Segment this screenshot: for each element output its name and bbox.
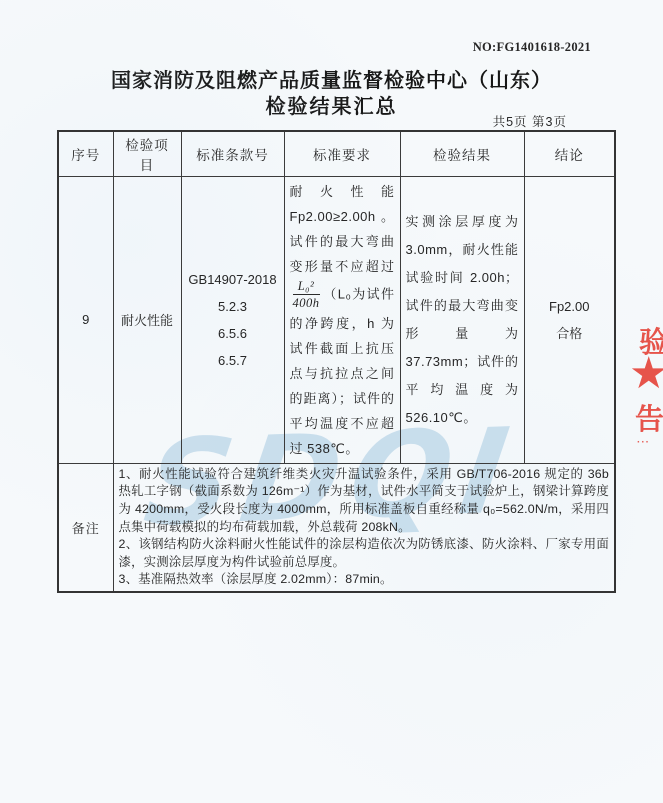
remark-1: 1、耐火性能试验符合建筑纤维类火灾升温试验条件，采用 GB/T706-2016 … — [119, 466, 610, 536]
requirement-text-after-formula: （L₀为试件的净跨度，h 为试件截面上抗压点与抗拉点之间的距离）；试件的平均温度… — [290, 286, 395, 455]
clause-3: 6.5.7 — [187, 347, 279, 374]
clause-1: 5.2.3 — [187, 293, 279, 320]
deflection-limit-formula: L₀²400h — [293, 279, 320, 311]
cell-conclusion: Fp2.00 合格 — [524, 177, 615, 464]
table-header-row: 序号 检验项目 标准条款号 标准要求 检验结果 结论 — [58, 131, 615, 177]
remark-3: 3、基准隔热效率（涂层厚度 2.02mm）：87min。 — [119, 571, 610, 589]
remarks-row: 备注 1、耐火性能试验符合建筑纤维类火灾升温试验条件，采用 GB/T706-20… — [58, 463, 615, 592]
cell-seq: 9 — [58, 177, 113, 464]
cell-clauses: GB14907-2018 5.2.3 6.5.6 6.5.7 — [181, 177, 284, 464]
remarks-label: 备注 — [64, 518, 108, 537]
col-header-result: 检验结果 — [400, 131, 524, 177]
col-header-conclusion: 结论 — [524, 131, 615, 177]
center-title: 国家消防及阻燃产品质量监督检验中心（山东） — [0, 64, 663, 93]
conclusion-rating: Fp2.00 — [530, 293, 610, 320]
cell-remarks-body: 1、耐火性能试验符合建筑纤维类火灾升温试验条件，采用 GB/T706-2016 … — [113, 463, 615, 592]
cell-requirement: 耐火性能 Fp2.00≥2.00h。试件的最大弯曲变形量不应超过L₀²400h（… — [284, 177, 400, 464]
col-header-requirement: 标准要求 — [284, 131, 400, 177]
col-header-item: 检验项目 — [113, 131, 181, 177]
formula-denominator: 400h — [293, 295, 320, 310]
report-number: NO:FG1401618-2021 — [473, 40, 591, 55]
report-page: SDQI NO:FG1401618-2021 国家消防及阻燃产品质量监督检验中心… — [0, 0, 663, 803]
results-table: 序号 检验项目 标准条款号 标准要求 检验结果 结论 9 耐火性能 GB1490… — [57, 130, 616, 593]
remark-2: 2、该钢结构防火涂料耐火性能试件的涂层构造依次为防锈底漆、防火涂料、厂家专用面漆… — [119, 536, 610, 571]
col-header-seq: 序号 — [58, 131, 113, 177]
table-row: 9 耐火性能 GB14907-2018 5.2.3 6.5.6 6.5.7 耐火… — [58, 177, 615, 464]
red-seal-fragment-bottom: 告 — [635, 397, 663, 438]
clause-2: 6.5.6 — [187, 320, 279, 347]
col-header-clause: 标准条款号 — [181, 131, 284, 177]
red-seal-star-icon: ★ — [629, 352, 663, 396]
conclusion-verdict: 合格 — [530, 320, 610, 347]
red-seal-fragment-top: 验 — [639, 320, 663, 361]
result-text: 实测涂层厚度为 3.0mm，耐火性能试验时间 2.00h；试件的最大弯曲变形量为… — [406, 208, 519, 432]
requirement-text-before-formula: 耐火性能 Fp2.00≥2.00h。试件的最大弯曲变形量不应超过 — [290, 184, 395, 274]
cell-result: 实测涂层厚度为 3.0mm，耐火性能试验时间 2.00h；试件的最大弯曲变形量为… — [400, 177, 524, 464]
formula-numerator: L₀² — [293, 279, 320, 295]
cell-item: 耐火性能 — [113, 177, 181, 464]
red-seal-small-marks: ··· — [637, 437, 650, 448]
page-counter: 共5页 第3页 — [493, 112, 567, 130]
cell-remarks-label: 备注 — [58, 463, 113, 592]
clause-standard: GB14907-2018 — [187, 266, 279, 293]
